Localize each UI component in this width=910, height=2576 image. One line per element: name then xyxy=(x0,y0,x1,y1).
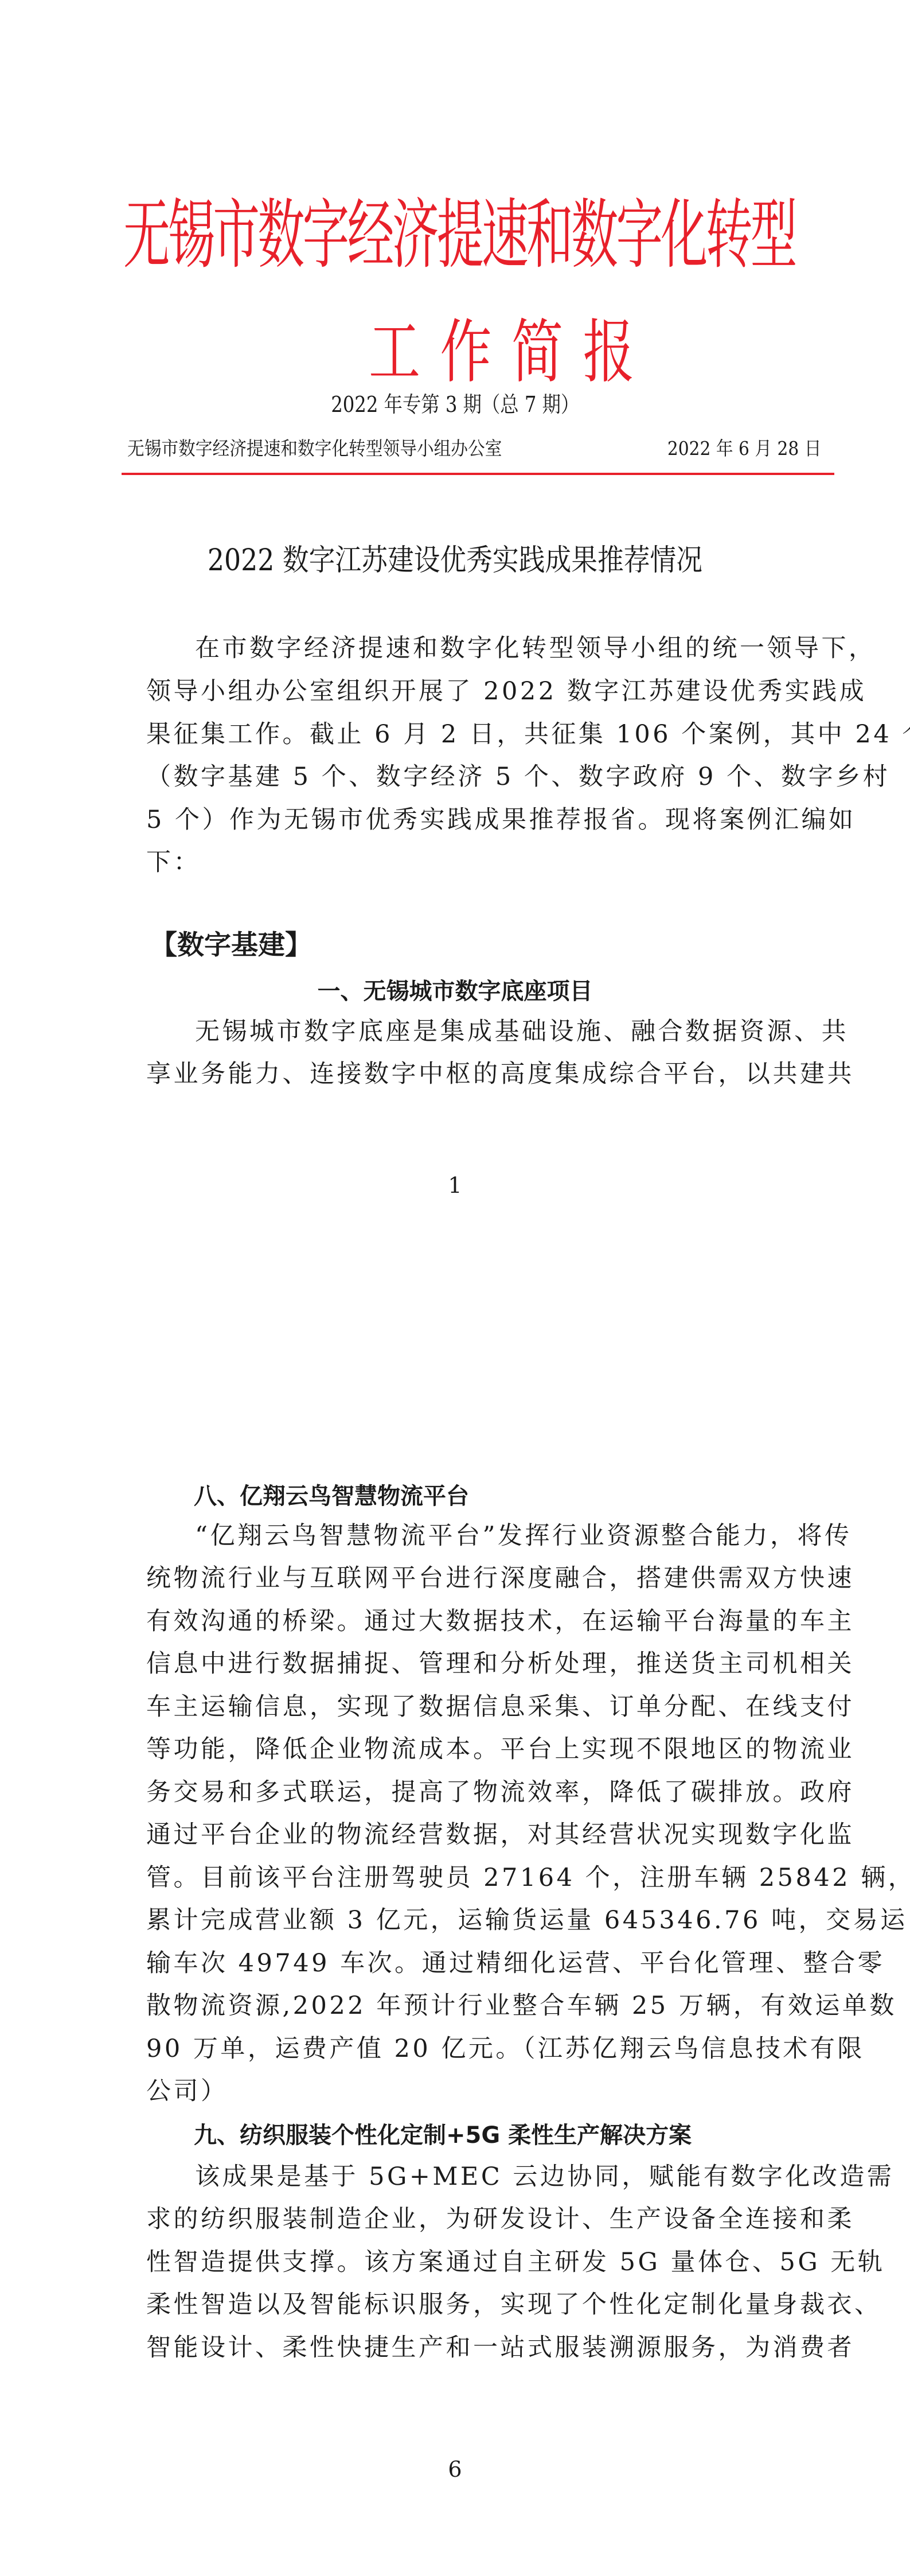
issue-date: 2022 年 6 月 28 日 xyxy=(667,436,821,461)
body-line: 车主运输信息，实现了数据信息采集、订单分配、在线支付 xyxy=(146,1690,786,1724)
body-line: 信息中进行数据捕捉、管理和分析处理，推送货主司机相关 xyxy=(146,1647,786,1681)
document-title-text: 2022 数字江苏建设优秀实践成果推荐情况 xyxy=(208,542,702,579)
body-line: 等功能，降低企业物流成本。平台上实现不限地区的物流业 xyxy=(146,1732,786,1766)
body-line: 性智造提供支撑。该方案通过自主研发 5G 量体仓、5G 无轨 xyxy=(146,2245,786,2279)
body-line: 90 万单，运费产值 20 亿元。（江苏亿翔云鸟信息技术有限 xyxy=(146,2032,786,2066)
masthead-title: 无锡市数字经济提速和数字化转型 xyxy=(123,189,826,281)
intro-line: 在市数字经济提速和数字化转型领导小组的统一领导下， xyxy=(195,631,786,666)
body-line: 柔性智造以及智能标识服务，实现了个性化定制化量身裁衣、 xyxy=(146,2287,786,2322)
category-heading: 【数字基建】 xyxy=(150,927,312,964)
body-line: 该成果是基于 5G+MEC 云边协同，赋能有数字化改造需 xyxy=(195,2159,786,2194)
page-number: 6 xyxy=(0,2457,910,2482)
intro-line: 果征集工作。截止 6 月 2 日，共征集 106 个案例，其中 24 个 xyxy=(146,717,786,752)
masthead-subtitle-text: 工作简报 xyxy=(369,310,654,396)
issuer-office: 无锡市数字经济提速和数字化转型领导小组办公室 xyxy=(127,436,502,461)
body-line: 有效沟通的桥梁。通过大数据技术，在运输平台海量的车主 xyxy=(146,1604,786,1639)
body-line: 统物流行业与互联网平台进行深度融合，搭建供需双方快速 xyxy=(146,1561,786,1596)
body-line: 务交易和多式联运，提高了物流效率，降低了碳排放。政府 xyxy=(146,1775,786,1810)
body-line: 智能设计、柔性快捷生产和一站式服装溯源服务，为消费者 xyxy=(146,2330,786,2365)
section-heading: 八、亿翔云鸟智慧物流平台 xyxy=(194,1480,469,1512)
masthead-divider xyxy=(122,473,834,475)
issue-number-text: 2022 年专第 3 期（总 7 期） xyxy=(331,392,579,417)
body-line: 享业务能力、连接数字中枢的高度集成综合平台，以共建共 xyxy=(146,1057,786,1091)
intro-line: 领导小组办公室组织开展了 2022 数字江苏建设优秀实践成 xyxy=(146,674,786,709)
intro-line: （数字基建 5 个、数字经济 5 个、数字政府 9 个、数字乡村 xyxy=(146,760,786,794)
masthead-title-text: 无锡市数字经济提速和数字化转型 xyxy=(123,189,795,281)
issue-number: 2022 年专第 3 期（总 7 期） xyxy=(0,392,910,417)
page-number: 1 xyxy=(0,1173,910,1198)
body-line: 输车次 49749 车次。通过精细化运营、平台化管理、整合零 xyxy=(146,1946,786,1980)
section-heading: 一、无锡城市数字底座项目 xyxy=(0,975,910,1007)
body-line: “亿翔云鸟智慧物流平台”发挥行业资源整合能力，将传 xyxy=(195,1519,786,1553)
body-line: 累计完成营业额 3 亿元，运输货运量 645346.76 吨，交易运 xyxy=(146,1903,786,1937)
body-line: 无锡城市数字底座是集成基础设施、融合数据资源、共 xyxy=(195,1014,786,1049)
body-line: 求的纺织服装制造企业，为研发设计、生产设备全连接和柔 xyxy=(146,2202,786,2236)
section-heading: 九、纺织服装个性化定制+5G 柔性生产解决方案 xyxy=(194,2119,692,2151)
body-line: 通过平台企业的物流经营数据，对其经营状况实现数字化监 xyxy=(146,1818,786,1852)
document-title: 2022 数字江苏建设优秀实践成果推荐情况 xyxy=(0,542,910,579)
body-line: 公司） xyxy=(146,2074,786,2108)
masthead-subtitle: 工作简报 xyxy=(321,310,619,396)
issuer-line: 无锡市数字经济提速和数字化转型领导小组办公室 2022 年 6 月 28 日 xyxy=(127,436,821,461)
body-line: 管。目前该平台注册驾驶员 27164 个，注册车辆 25842 辆， xyxy=(146,1861,786,1895)
body-line: 散物流资源,2022 年预计行业整合车辆 25 万辆，有效运单数 xyxy=(146,1989,786,2023)
intro-line: 5 个）作为无锡市优秀实践成果推荐报省。现将案例汇编如 xyxy=(146,803,786,837)
intro-line: 下： xyxy=(146,845,786,880)
